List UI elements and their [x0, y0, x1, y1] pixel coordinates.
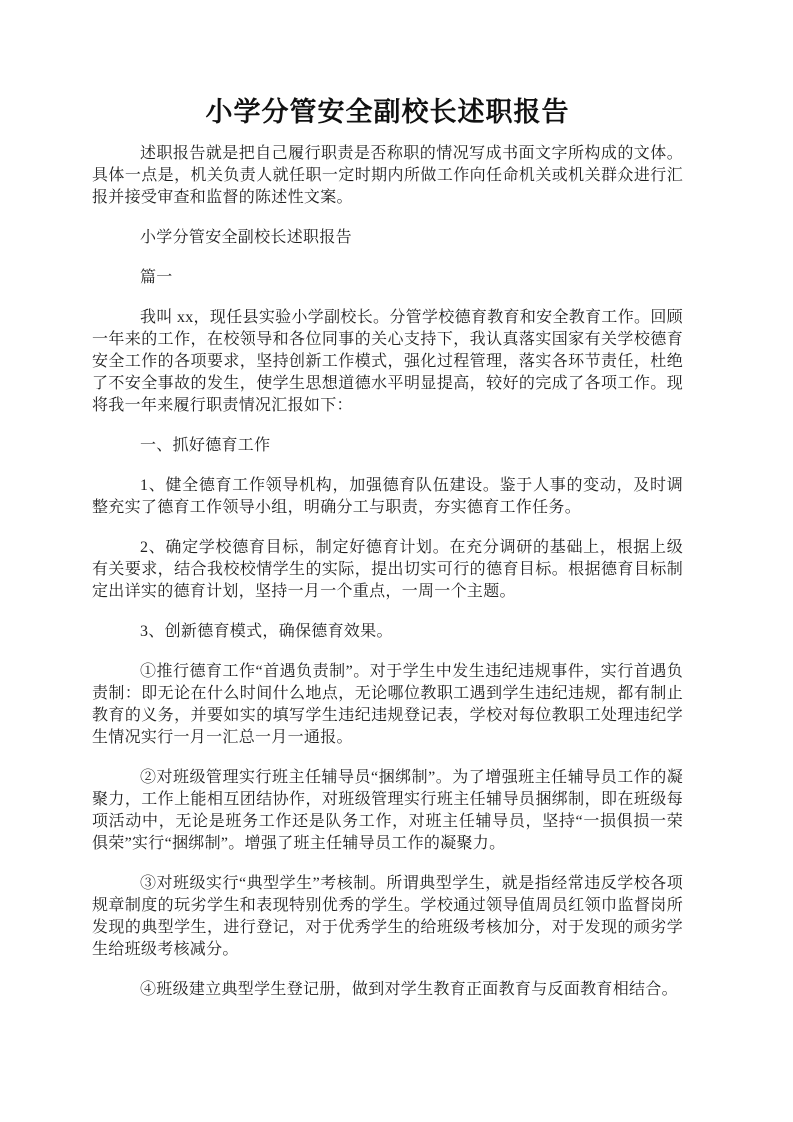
- paragraph-subitem-1: ①推行德育工作“首遇负责制”。对于学生中发生违纪违规事件，实行首遇负责制：即无论…: [92, 661, 683, 749]
- paragraph-self-intro: 我叫 xx，现任县实验小学副校长。分管学校德育教育和安全教育工作。回顾一年来的工…: [92, 307, 683, 417]
- paragraph-subitem-4: ④班级建立典型学生登记册，做到对学生教育正面教育与反面教育相结合。: [92, 979, 683, 1001]
- document-page: 小学分管安全副校长述职报告 述职报告就是把自己履行职责是否称职的情况写成书面文字…: [0, 0, 793, 1122]
- paragraph-item-1: 1、健全德育工作领导机构，加强德育队伍建设。鉴于人事的变动，及时调整充实了德育工…: [92, 475, 683, 519]
- paragraph-item-3: 3、创新德育模式，确保德育效果。: [92, 621, 683, 643]
- paragraph-intro: 述职报告就是把自己履行职责是否称职的情况写成书面文字所构成的文体。具体一点是，机…: [92, 143, 683, 209]
- paragraph-subitem-2: ②对班级管理实行班主任辅导员“捆绑制”。为了增强班主任辅导员工作的凝聚力，工作上…: [92, 767, 683, 855]
- paragraph-part-label: 篇一: [92, 267, 683, 289]
- paragraph-section-1: 一、抓好德育工作: [92, 435, 683, 457]
- document-title: 小学分管安全副校长述职报告: [92, 93, 683, 131]
- document-body: 述职报告就是把自己履行职责是否称职的情况写成书面文字所构成的文体。具体一点是，机…: [92, 143, 683, 1001]
- paragraph-subtitle: 小学分管安全副校长述职报告: [92, 227, 683, 249]
- paragraph-subitem-3: ③对班级实行“典型学生”考核制。所谓典型学生，就是指经常违反学校各项规章制度的玩…: [92, 873, 683, 961]
- paragraph-item-2: 2、确定学校德育目标，制定好德育计划。在充分调研的基础上，根据上级有关要求，结合…: [92, 537, 683, 603]
